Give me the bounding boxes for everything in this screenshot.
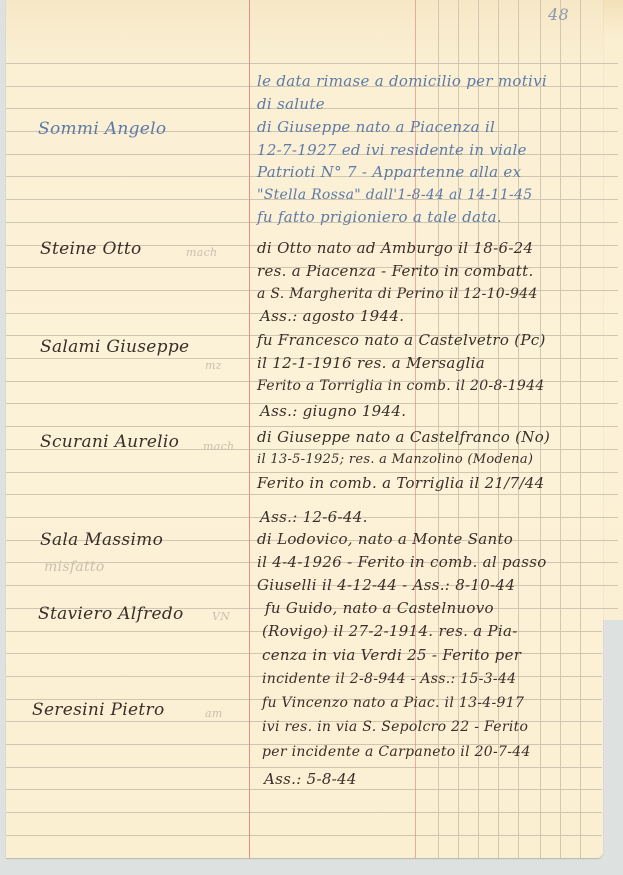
entry-line: 12-7-1927 ed ivi residente in viale <box>257 141 527 159</box>
entry-line: fu Francesco nato a Castelvetro (Pc) <box>257 331 546 349</box>
entry-line: Ferito in comb. a Torriglia il 21/7/44 <box>257 474 545 492</box>
entry-line: a S. Margherita di Perino il 12-10-944 <box>257 285 538 303</box>
entry-line: Ass.: agosto 1944. <box>260 307 404 325</box>
entry-pencil-note: mz <box>205 357 222 375</box>
grid-column-line <box>560 0 561 858</box>
preamble-line: le data rimase a domicilio per motivi <box>257 72 547 90</box>
grid-column-line <box>580 0 581 858</box>
entry-line: res. a Piacenza - Ferito in combatt. <box>257 262 534 280</box>
ruled-line <box>6 789 602 790</box>
entry-line: "Stella Rossa" dall'1-8-44 al 14-11-45 <box>257 186 533 204</box>
entry-name: Sommi Angelo <box>38 120 166 138</box>
entry-line: fu fatto prigioniero a tale data. <box>257 208 502 226</box>
entry-name: Scurani Aurelio <box>40 433 179 451</box>
entry-line: (Rovigo) il 27-2-1914. res. a Pia- <box>262 622 518 640</box>
ruled-line <box>6 472 618 473</box>
entry-line: cenza in via Verdi 25 - Ferito per <box>262 646 521 664</box>
page-number: 48 <box>548 6 569 24</box>
entry-line: Ass.: 5-8-44 <box>264 770 357 788</box>
entry-line: Ferito a Torriglia in comb. il 20-8-1944 <box>257 377 545 395</box>
entry-name: Steine Otto <box>40 240 142 258</box>
entry-pencil-note: mach <box>203 438 234 456</box>
entry-line: di Giuseppe nato a Piacenza il <box>257 118 495 136</box>
ruled-line <box>6 767 602 768</box>
entry-line: per incidente a Carpaneto il 20-7-44 <box>262 743 531 761</box>
ruled-line <box>6 426 618 427</box>
entry-line: il 12-1-1916 res. a Mersaglia <box>257 354 485 372</box>
ruled-line <box>6 494 618 495</box>
entry-name: Sala Massimo <box>40 531 163 549</box>
entry-pencil-note: am <box>205 705 223 723</box>
entry-pencil-note: VN <box>212 608 230 626</box>
entry-line: Giuselli il 4-12-44 - Ass.: 8-10-44 <box>257 576 515 594</box>
entry-line: fu Vincenzo nato a Piac. il 13-4-917 <box>262 694 524 712</box>
entry-line: Ass.: giugno 1944. <box>260 402 406 420</box>
entry-line: Patrioti N° 7 - Appartenne alla ex <box>257 163 521 181</box>
entry-line: incidente il 2-8-944 - Ass.: 15-3-44 <box>262 670 516 688</box>
ruled-line <box>6 835 602 836</box>
entry-pencil-note: mach <box>186 244 217 262</box>
ruled-line <box>6 63 618 64</box>
entry-line: di Lodovico, nato a Monte Santo <box>257 530 513 548</box>
ruled-line <box>6 812 602 813</box>
entry-line: di Giuseppe nato a Castelfranco (No) <box>257 428 550 446</box>
entry-line: Ass.: 12-6-44. <box>260 508 368 526</box>
entry-line: il 13-5-1925; res. a Manzolino (Modena) <box>257 451 533 469</box>
margin-line <box>249 0 250 858</box>
entry-line: fu Guido, nato a Castelnuovo <box>265 599 494 617</box>
entry-name: Staviero Alfredo <box>38 605 184 623</box>
preamble-line: di salute <box>257 95 325 113</box>
entry-pencil-note: misfatto <box>44 558 105 576</box>
entry-name: Seresini Pietro <box>32 701 164 719</box>
entry-name: Salami Giuseppe <box>40 338 189 356</box>
entry-line: il 4-4-1926 - Ferito in comb. al passo <box>257 553 547 571</box>
entry-line: di Otto nato ad Amburgo il 18-6-24 <box>257 239 533 257</box>
entry-line: ivi res. in via S. Sepolcro 22 - Ferito <box>262 718 528 736</box>
